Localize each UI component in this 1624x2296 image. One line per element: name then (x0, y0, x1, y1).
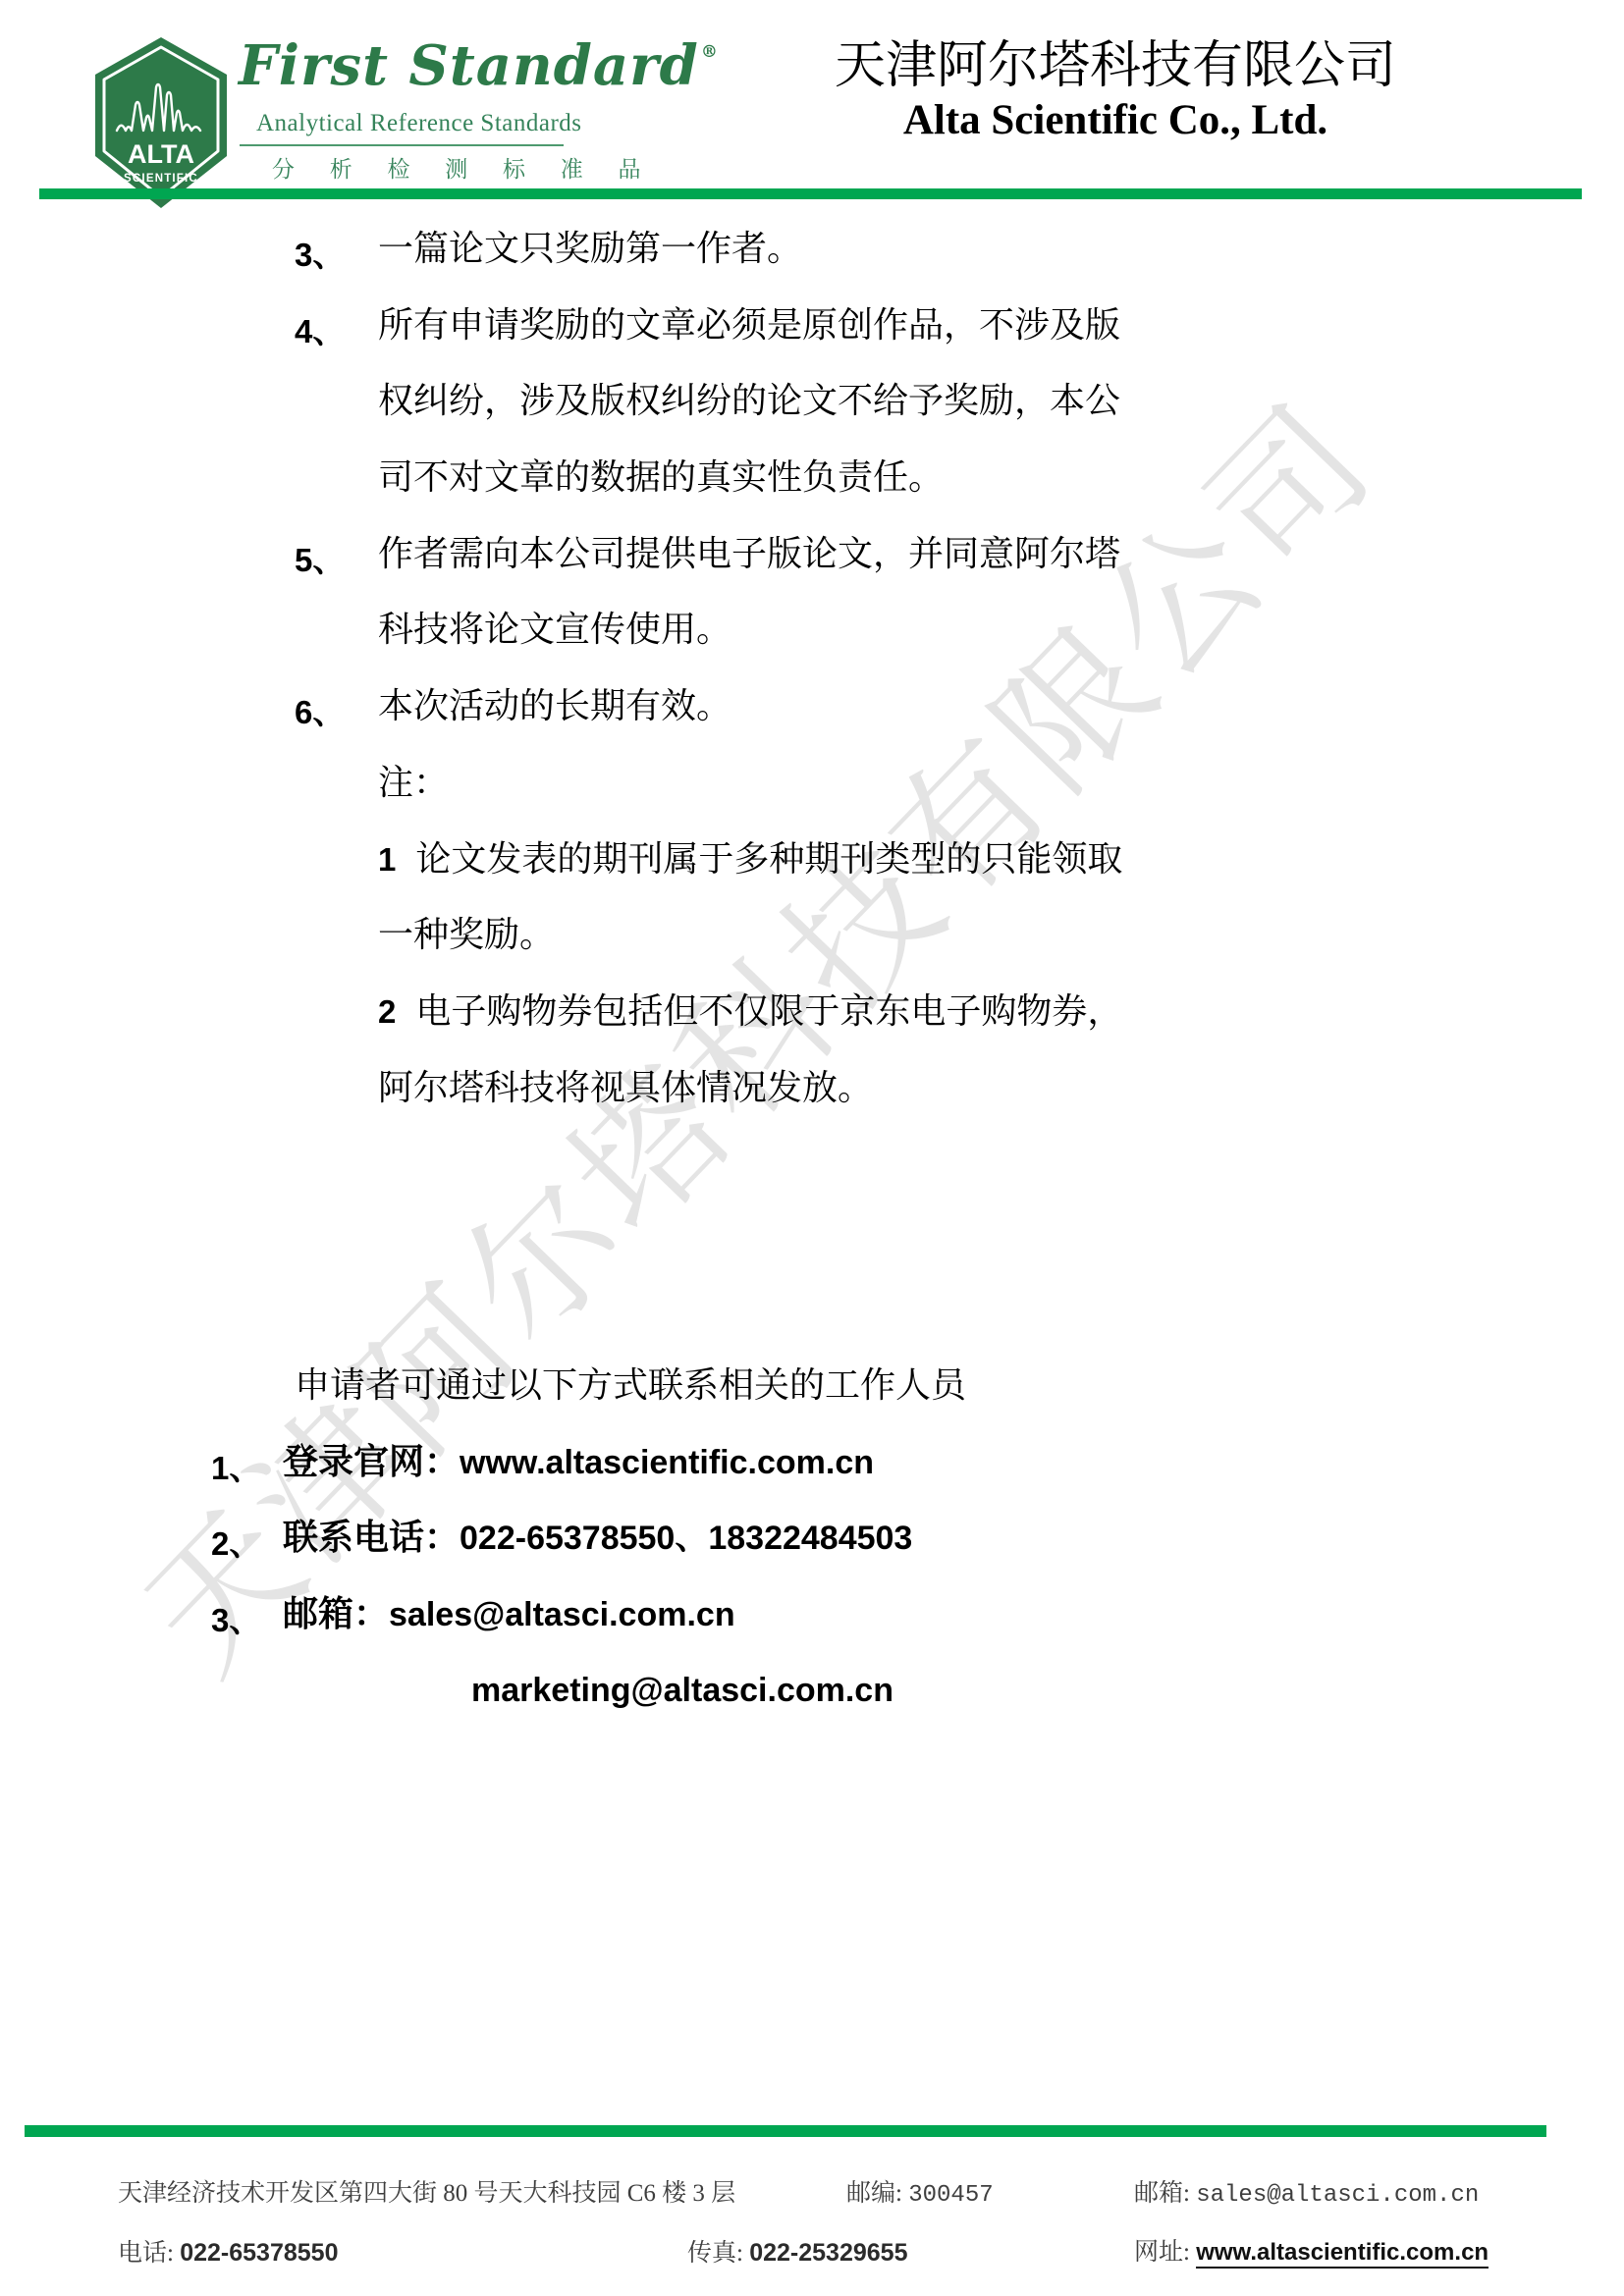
body-line-content: 权纠纷，涉及版权纠纷的论文不给予奖励，本公 (378, 381, 1120, 420)
body-line-text: 一篇论文只奖励第一作者。 (378, 226, 1487, 272)
footer-website-label: 网址: (1134, 2239, 1196, 2266)
body-line-text: 一种奖励。 (378, 912, 1487, 958)
footer-phone: 电话: 022-65378550 (118, 2236, 338, 2270)
body-line: 5、作者需向本公司提供电子版论文，并同意阿尔塔 (0, 531, 1624, 608)
body-line-content: 注： (378, 763, 449, 802)
brand-script: First Standard® (239, 33, 719, 98)
footer-address: 天津经济技术开发区第四大街 80 号天大科技园 C6 楼 3 层 (118, 2177, 735, 2211)
contact-item-website: 1、 登录官网：www.altascientific.com.cn (0, 1439, 1624, 1516)
contact-item-phone: 2、 联系电话：022-65378550、18322484503 (0, 1515, 1624, 1591)
brand-underline (240, 144, 564, 146)
body-line-content: 一篇论文只奖励第一作者。 (378, 229, 802, 268)
header-divider (39, 188, 1582, 199)
brand-tagline-en: Analytical Reference Standards (256, 110, 582, 137)
body-line: 4、所有申请奖励的文章必须是原创作品，不涉及版 (0, 302, 1624, 379)
list-number: 6、 (295, 687, 345, 733)
body-line-content: 论文发表的期刊属于多种期刊类型的只能领取 (415, 839, 1122, 879)
body-line-text: 权纠纷，涉及版权纠纷的论文不给予奖励，本公 (378, 378, 1487, 424)
body-line: 1论文发表的期刊属于多种期刊类型的只能领取 (0, 836, 1624, 913)
document-page: 天津阿尔塔科技有限公司 ALTA SCIENTIFIC First Standa… (0, 0, 1624, 2296)
footer-email-value: sales@altasci.com.cn (1196, 2182, 1479, 2209)
body-line-text: 2电子购物券包括但不仅限于京东电子购物券， (378, 988, 1487, 1035)
logo-badge-text-scientific: SCIENTIFIC (124, 173, 198, 185)
body-line: 阿尔塔科技将视具体情况发放。 (0, 1065, 1624, 1142)
note-number: 2 (378, 993, 396, 1030)
body-line-content: 本次活动的长期有效。 (378, 686, 731, 725)
list-number: 1、 (211, 1443, 261, 1489)
body-line: 3、一篇论文只奖励第一作者。 (0, 226, 1624, 302)
list-number: 3、 (211, 1595, 261, 1641)
body-line-content: 所有申请奖励的文章必须是原创作品，不涉及版 (378, 305, 1120, 345)
brand-tagline-cn: 分 析 检 测 标 准 品 (272, 151, 656, 184)
footer-postal: 邮编: 300457 (846, 2177, 994, 2213)
body-line-content: 一种奖励。 (378, 915, 555, 954)
body-line-content: 电子购物券包括但不仅限于京东电子购物券， (415, 991, 1122, 1031)
body-line-text: 所有申请奖励的文章必须是原创作品，不涉及版 (378, 302, 1487, 348)
contact-intro: 申请者可通过以下方式联系相关的工作人员 (295, 1362, 1624, 1439)
footer-email-label: 邮箱: (1134, 2180, 1196, 2207)
footer-phone-value: 022-65378550 (180, 2239, 338, 2267)
body-line: 6、本次活动的长期有效。 (0, 683, 1624, 760)
contact-item-body: 联系电话：022-65378550、18322484503 (283, 1515, 1624, 1568)
brand-script-text: First Standard (239, 33, 699, 98)
footer-postal-code: 300457 (908, 2182, 993, 2209)
footer-website: 网址: www.altascientific.com.cn (1134, 2236, 1489, 2269)
list-number: 5、 (295, 535, 345, 581)
footer-website-link[interactable]: www.altascientific.com.cn (1196, 2239, 1489, 2269)
contact-email-value: sales@altasci.com.cn (389, 1596, 735, 1633)
body-line-text: 科技将论文宣传使用。 (378, 607, 1487, 653)
contact-section: 申请者可通过以下方式联系相关的工作人员 1、 登录官网：www.altascie… (0, 1362, 1624, 1743)
footer-divider (25, 2125, 1546, 2137)
footer-fax-value: 022-25329655 (749, 2239, 907, 2267)
company-header: 天津阿尔塔科技有限公司 Alta Scientific Co., Ltd. (835, 37, 1396, 145)
footer-phone-label: 电话: (118, 2240, 180, 2267)
body-line: 权纠纷，涉及版权纠纷的论文不给予奖励，本公 (0, 378, 1624, 454)
body-line-text: 1论文发表的期刊属于多种期刊类型的只能领取 (378, 836, 1487, 882)
logo-badge-icon: ALTA SCIENTIFIC (93, 35, 229, 210)
logo-badge-text-alta: ALTA (128, 139, 194, 169)
note-number: 1 (378, 841, 396, 878)
contact-phone-value: 022-65378550、18322484503 (460, 1520, 912, 1557)
body-line-content: 作者需向本公司提供电子版论文，并同意阿尔塔 (378, 534, 1120, 573)
body-line-text: 注： (378, 760, 1487, 806)
list-number: 2、 (211, 1519, 261, 1565)
body-line-text: 阿尔塔科技将视具体情况发放。 (378, 1065, 1487, 1111)
body-line: 注： (0, 760, 1624, 836)
contact-extra-line: marketing@altasci.com.cn (471, 1668, 1624, 1744)
document-body: 3、一篇论文只奖励第一作者。 4、所有申请奖励的文章必须是原创作品，不涉及版 权… (0, 226, 1624, 1141)
contact-item-body: 邮箱：sales@altasci.com.cn (283, 1591, 1624, 1644)
body-line-text: 本次活动的长期有效。 (378, 683, 1487, 729)
body-line: 2电子购物券包括但不仅限于京东电子购物券， (0, 988, 1624, 1065)
contact-website-value: www.altascientific.com.cn (460, 1444, 874, 1481)
body-line: 科技将论文宣传使用。 (0, 607, 1624, 683)
contact-item-body: 登录官网：www.altascientific.com.cn (283, 1439, 1624, 1492)
footer-email: 邮箱: sales@altasci.com.cn (1134, 2177, 1479, 2213)
body-line: 司不对文章的数据的真实性负责任。 (0, 454, 1624, 531)
body-line-content: 科技将论文宣传使用。 (378, 610, 731, 649)
company-name-cn: 天津阿尔塔科技有限公司 (835, 37, 1396, 96)
body-line-content: 司不对文章的数据的真实性负责任。 (378, 457, 944, 497)
company-name-en: Alta Scientific Co., Ltd. (835, 96, 1396, 145)
body-line-text: 司不对文章的数据的真实性负责任。 (378, 454, 1487, 501)
body-line: 一种奖励。 (0, 912, 1624, 988)
contact-marketing-email: marketing@altasci.com.cn (471, 1672, 893, 1709)
footer-fax-label: 传真: (687, 2240, 749, 2267)
body-line-content: 阿尔塔科技将视具体情况发放。 (378, 1068, 873, 1107)
contact-item-email: 3、 邮箱：sales@altasci.com.cn (0, 1591, 1624, 1668)
contact-label: 邮箱： (283, 1594, 389, 1633)
registered-mark: ® (701, 42, 719, 62)
contact-label: 联系电话： (283, 1518, 460, 1557)
contact-label: 登录官网： (283, 1442, 460, 1481)
list-number: 4、 (295, 306, 345, 352)
list-number: 3、 (295, 230, 345, 276)
footer-fax: 传真: 022-25329655 (687, 2236, 907, 2270)
body-line-text: 作者需向本公司提供电子版论文，并同意阿尔塔 (378, 531, 1487, 577)
footer-postal-label: 邮编: (846, 2180, 908, 2207)
